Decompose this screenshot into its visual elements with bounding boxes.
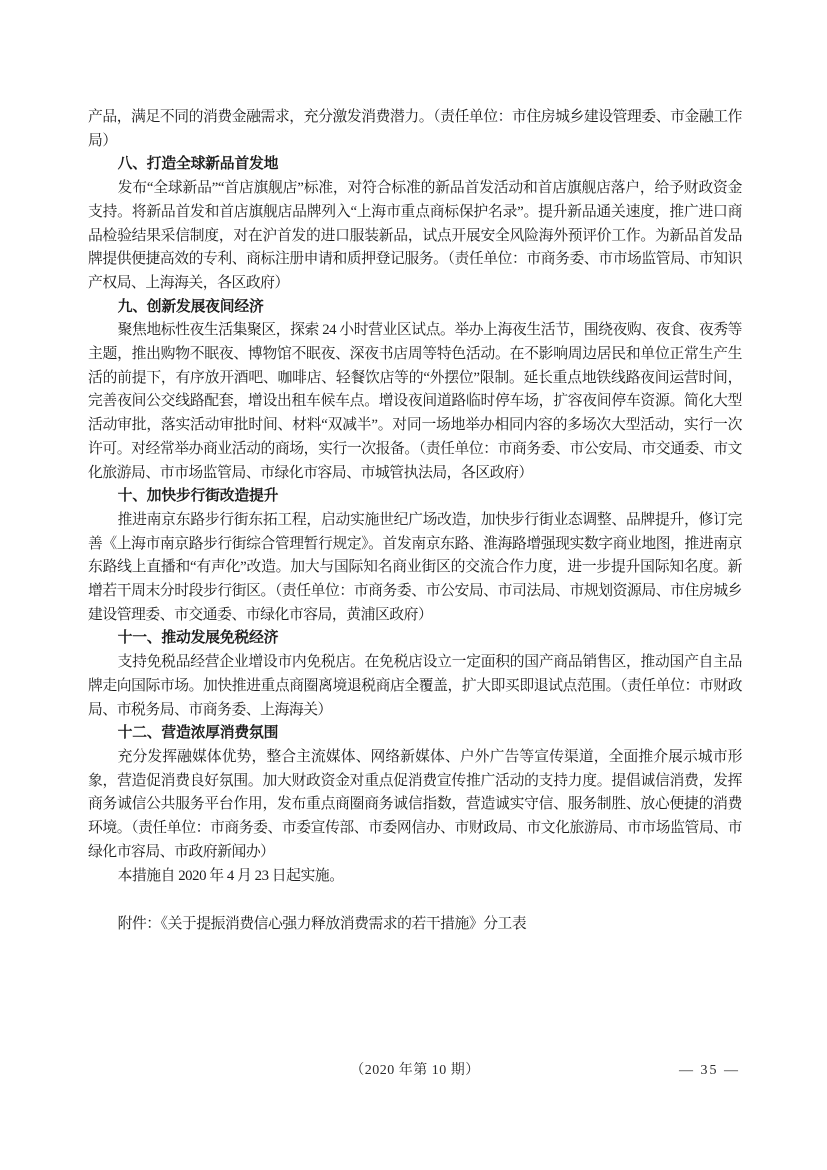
body-paragraph: 本措施自 2020 年 4 月 23 日起实施。 (88, 865, 742, 889)
body-paragraph: 充分发挥融媒体优势，整合主流媒体、网络新媒体、户外广告等宣传渠道，全面推介展示城… (88, 746, 742, 865)
section-heading: 八、打造全球新品首发地 (88, 153, 742, 177)
section-heading: 九、创新发展夜间经济 (88, 296, 742, 320)
section-heading: 十、加快步行街改造提升 (88, 485, 742, 509)
body-paragraph: 支持免税品经营企业增设市内免税店。在免税店设立一定面积的国产商品销售区，推动国产… (88, 651, 742, 722)
section-heading: 十二、营造浓厚消费氛围 (88, 722, 742, 746)
issue-label: （2020 年第 10 期） (88, 1060, 742, 1082)
body-paragraph: 推进南京东路步行街东拓工程，启动实施世纪广场改造，加快步行街业态调整、品牌提升，… (88, 509, 742, 628)
body-paragraph: 聚焦地标性夜生活集聚区，探索 24 小时营业区试点。举办上海夜生活节，围绕夜购、… (88, 319, 742, 485)
body-paragraph: 发布“全球新品”“首店旗舰店”标准，对符合标准的新品首发活动和首店旗舰店落户，给… (88, 177, 742, 296)
document-page: 产品，满足不同的消费金融需求，充分激发消费潜力。（责任单位：市住房城乡建设管理委… (0, 0, 827, 1170)
section-heading: 十一、推动发展免税经济 (88, 627, 742, 651)
page-footer: （2020 年第 10 期） — 35 — (88, 1060, 742, 1082)
document-body: 产品，满足不同的消费金融需求，充分激发消费潜力。（责任单位：市住房城乡建设管理委… (88, 106, 742, 937)
body-paragraph-continued: 产品，满足不同的消费金融需求，充分激发消费潜力。（责任单位：市住房城乡建设管理委… (88, 106, 742, 153)
page-number: — 35 — (679, 1060, 740, 1082)
attachment-note: 附件：《关于提振消费信心强力释放消费需求的若干措施》分工表 (88, 913, 742, 937)
